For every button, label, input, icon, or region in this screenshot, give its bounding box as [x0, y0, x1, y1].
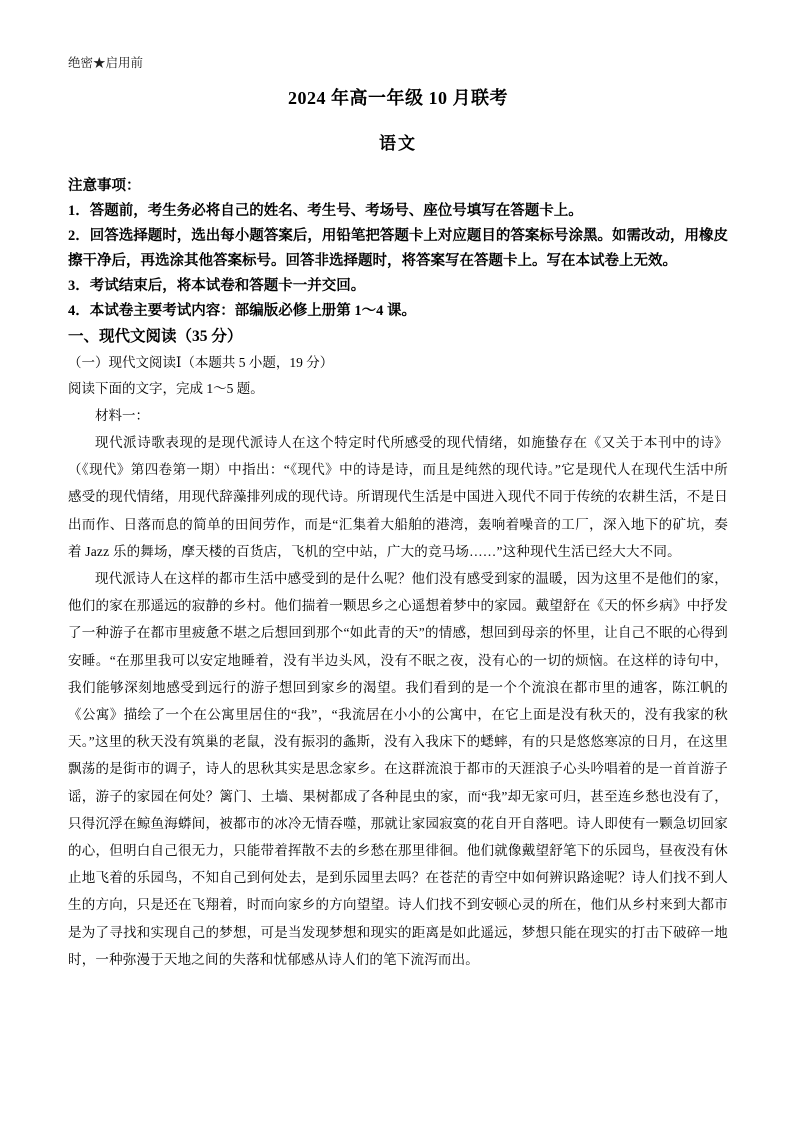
material-paragraph-1: 现代派诗歌表现的是现代派诗人在这个特定时代所感受的现代情绪，如施蛰存在《又关于本… [68, 429, 728, 565]
subsection-heading: （一）现代文阅读Ⅰ（本题共 5 小题，19 分） [68, 350, 728, 376]
section-heading: 一、现代文阅读（35 分） [68, 324, 728, 350]
subject-title: 语文 [68, 133, 728, 154]
security-label: 绝密★启用前 [68, 55, 728, 71]
reading-instruction: 阅读下面的文字，完成 1～5 题。 [68, 376, 728, 402]
reading-section: 一、现代文阅读（35 分） （一）现代文阅读Ⅰ（本题共 5 小题，19 分） 阅… [68, 324, 728, 973]
exam-paper-page: 绝密★启用前 2024 年高一年级 10 月联考 语文 注意事项： 1．答题前，… [0, 0, 793, 1122]
notice-item-4: 4．本试卷主要考试内容：部编版必修上册第 1～4 课。 [68, 299, 728, 324]
material-one-label: 材料一： [68, 402, 728, 429]
notice-item-1: 1．答题前，考生务必将自己的姓名、考生号、考场号、座位号填写在答题卡上。 [68, 199, 728, 224]
material-paragraph-2: 现代派诗人在这样的都市生活中感受到的是什么呢？他们没有感受到家的温暖，因为这里不… [68, 565, 728, 973]
notice-heading: 注意事项： [68, 174, 728, 199]
exam-title: 2024 年高一年级 10 月联考 [68, 87, 728, 109]
notice-section: 注意事项： 1．答题前，考生务必将自己的姓名、考生号、考场号、座位号填写在答题卡… [68, 174, 728, 324]
notice-item-3: 3．考试结束后，将本试卷和答题卡一并交回。 [68, 274, 728, 299]
notice-item-2: 2．回答选择题时，选出每小题答案后，用铅笔把答题卡上对应题目的答案标号涂黑。如需… [68, 224, 728, 274]
